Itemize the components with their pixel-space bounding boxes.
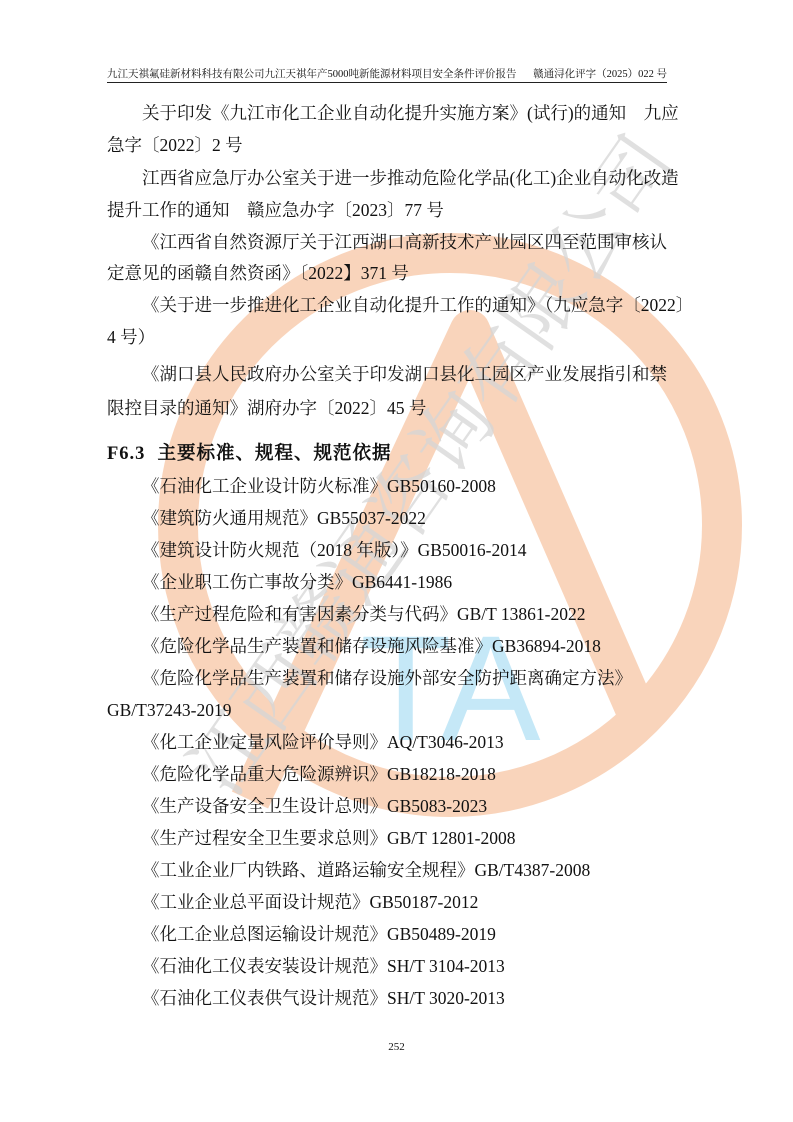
standard-item: 《企业职工伤亡事故分类》GB6441-1986 bbox=[142, 572, 452, 592]
standard-item: 《工业企业厂内铁路、道路运输安全规程》GB/T4387-2008 bbox=[142, 860, 590, 880]
body-line: 《关于进一步推进化工企业自动化提升工作的通知》（九应急字〔2022〕 bbox=[142, 295, 693, 315]
body-line: 4 号） bbox=[107, 327, 155, 347]
page-number: 252 bbox=[0, 1041, 793, 1053]
standard-item: 《石油化工仪表安装设计规范》SH/T 3104-2013 bbox=[142, 956, 505, 976]
standard-item: 《化工企业总图运输设计规范》GB50489-2019 bbox=[142, 924, 496, 944]
body-line: 《湖口县人民政府办公室关于印发湖口县化工园区产业发展指引和禁 bbox=[142, 364, 667, 384]
svg-text:江西赣通咨询有限公司: 江西赣通咨询有限公司 bbox=[172, 120, 693, 811]
header-report-title: 九江天祺氟硅新材料科技有限公司九江天祺年产5000吨新能源材料项目安全条件评价报… bbox=[107, 66, 517, 81]
section-heading: F6.3主要标准、规程、规范依据 bbox=[107, 439, 391, 465]
standard-item: 《生产设备安全卫生设计总则》GB5083-2023 bbox=[142, 796, 487, 816]
section-number: F6.3 bbox=[107, 444, 145, 464]
standard-item: 《危险化学品生产装置和储存设施风险基准》GB36894-2018 bbox=[142, 636, 601, 656]
body-line: 提升工作的通知 赣应急办字〔2023〕77 号 bbox=[107, 200, 444, 220]
body-line: 急字〔2022〕2 号 bbox=[107, 135, 243, 155]
watermark-company-text: 江西赣通咨询有限公司 bbox=[172, 120, 693, 811]
standard-item: 《生产过程危险和有害因素分类与代码》GB/T 13861-2022 bbox=[142, 604, 586, 624]
standard-item: 《生产过程安全卫生要求总则》GB/T 12801-2008 bbox=[142, 828, 516, 848]
standard-item: 《危险化学品生产装置和储存设施外部安全防护距离确定方法》 bbox=[142, 668, 632, 688]
body-line: 限控目录的通知》湖府办字〔2022〕45 号 bbox=[107, 398, 426, 418]
body-line: 《江西省自然资源厅关于江西湖口高新技术产业园区四至范围审核认 bbox=[142, 232, 667, 252]
section-title: 主要标准、规程、规范依据 bbox=[157, 444, 391, 464]
standard-item: 《建筑设计防火规范（2018 年版）》GB50016-2014 bbox=[142, 540, 527, 560]
header-report-number: 赣通浔化评字（2025）022 号 bbox=[533, 66, 667, 81]
standard-item: 《工业企业总平面设计规范》GB50187-2012 bbox=[142, 892, 478, 912]
page-header: 九江天祺氟硅新材料科技有限公司九江天祺年产5000吨新能源材料项目安全条件评价报… bbox=[107, 62, 667, 83]
body-line: 定意见的函赣自然资函》〔2022】371 号 bbox=[107, 263, 409, 283]
body-line: 关于印发《九江市化工企业自动化提升实施方案》(试行)的通知 九应 bbox=[142, 103, 679, 123]
body-line: 江西省应急厅办公室关于进一步推动危险化学品(化工)企业自动化改造 bbox=[142, 168, 679, 188]
standard-item: 《危险化学品重大危险源辨识》GB18218-2018 bbox=[142, 764, 496, 784]
standard-item: 《石油化工仪表供气设计规范》SH/T 3020-2013 bbox=[142, 988, 505, 1008]
standard-item: 《石油化工企业设计防火标准》GB50160-2008 bbox=[142, 476, 496, 496]
standard-item: 《化工企业定量风险评价导则》AQ/T3046-2013 bbox=[142, 732, 504, 752]
standard-item: GB/T37243-2019 bbox=[107, 700, 231, 720]
standard-item: 《建筑防火通用规范》GB55037-2022 bbox=[142, 508, 426, 528]
